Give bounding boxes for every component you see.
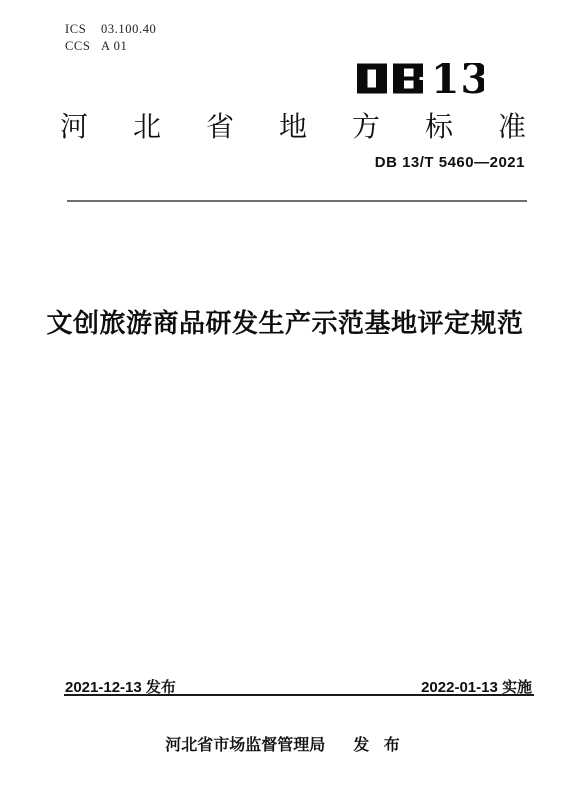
ccs-line: CCS A 01 (65, 38, 156, 55)
db13-logo: 13 (357, 63, 484, 94)
standard-name: 河北省地方标准 (60, 105, 570, 145)
ccs-value: A 01 (101, 38, 127, 55)
classification-codes: ICS 03.100.40 CCS A 01 (65, 21, 156, 55)
ccs-label: CCS (65, 38, 101, 55)
db13-logo-graphic: 13 (357, 63, 484, 94)
publish-label: 发 布 (353, 732, 404, 755)
db-logo-letter-d (357, 64, 387, 94)
issuer-name: 河北省市场监督管理局 (165, 732, 325, 755)
ics-label: ICS (65, 21, 101, 38)
db-logo-number: 13 (431, 63, 484, 94)
ics-line: ICS 03.100.40 (65, 21, 156, 38)
issuer-row: 河北省市场监督管理局 发 布 (0, 732, 570, 755)
document-title: 文创旅游商品研发生产示范基地评定规范 (20, 303, 550, 340)
header-divider-line (67, 200, 527, 202)
db-logo-letter-b (393, 64, 423, 94)
doc-number: DB 13/T 5460—2021 (375, 154, 525, 171)
ics-value: 03.100.40 (101, 21, 156, 38)
footer-divider-line (64, 694, 534, 696)
document-page: ICS 03.100.40 CCS A 01 13 河北省地方标准 (0, 0, 570, 805)
